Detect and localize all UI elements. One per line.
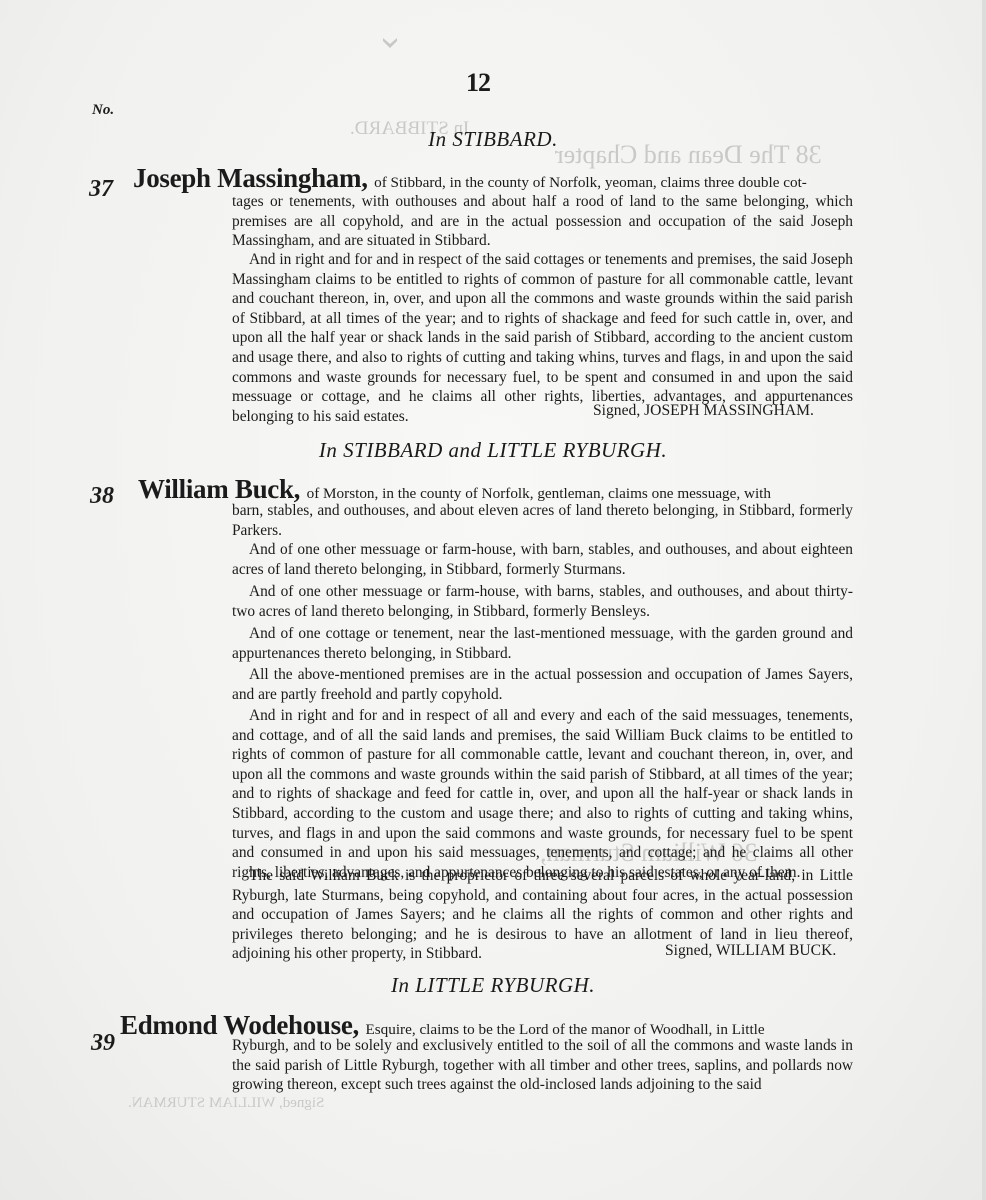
- claim-paragraph: And in right and for and in respect of a…: [232, 706, 853, 882]
- claimant-name: William Buck,: [138, 474, 300, 504]
- claimant-name: Joseph Massingham,: [133, 163, 368, 193]
- claim-paragraph: And of one other messuage or farm-house,…: [232, 540, 853, 579]
- claim-paragraph: Ryburgh, and to be solely and exclusivel…: [232, 1036, 853, 1095]
- section-heading: In STIBBARD and LITTLE RYBURGH.: [0, 438, 986, 463]
- page-edge: [982, 0, 986, 1200]
- claim-lead-text: of Stibbard, in the county of Norfolk, y…: [374, 174, 807, 191]
- paper-fold-mark: [383, 38, 397, 48]
- claim-paragraph: And of one other messuage or farm-house,…: [232, 582, 853, 621]
- entry-number: 39: [91, 1030, 115, 1057]
- entry-number: 37: [89, 176, 113, 203]
- page-number: 12: [466, 68, 490, 98]
- signature: Signed, WILLIAM BUCK.: [665, 942, 836, 960]
- claim-paragraph: And in right and for and in respect of t…: [232, 250, 853, 426]
- entry-number: 38: [90, 483, 114, 510]
- section-heading: In LITTLE RYBURGH.: [0, 973, 986, 998]
- claim-lead-text: of Morston, in the county of Norfolk, ge…: [307, 485, 771, 502]
- bleed-through-signature: Signed, WILLIAM STURMAN.: [128, 1095, 324, 1112]
- section-heading: In STIBBARD.: [0, 127, 986, 152]
- claim-paragraph: All the above-mentioned premises are in …: [232, 665, 853, 704]
- claim-paragraph: barn, stables, and outhouses, and about …: [232, 501, 853, 540]
- claim-paragraph: And of one cottage or tenement, near the…: [232, 624, 853, 663]
- claimant-entry-37: Joseph Massingham, of Stibbard, in the c…: [133, 163, 807, 194]
- claim-paragraph: tages or tenements, with outhouses and a…: [232, 192, 853, 251]
- number-column-label: No.: [92, 102, 114, 119]
- document-page: In STIBBARD. 38 The Dean and Chapter 36 …: [0, 0, 986, 1200]
- signature: Signed, JOSEPH MASSINGHAM.: [593, 402, 814, 420]
